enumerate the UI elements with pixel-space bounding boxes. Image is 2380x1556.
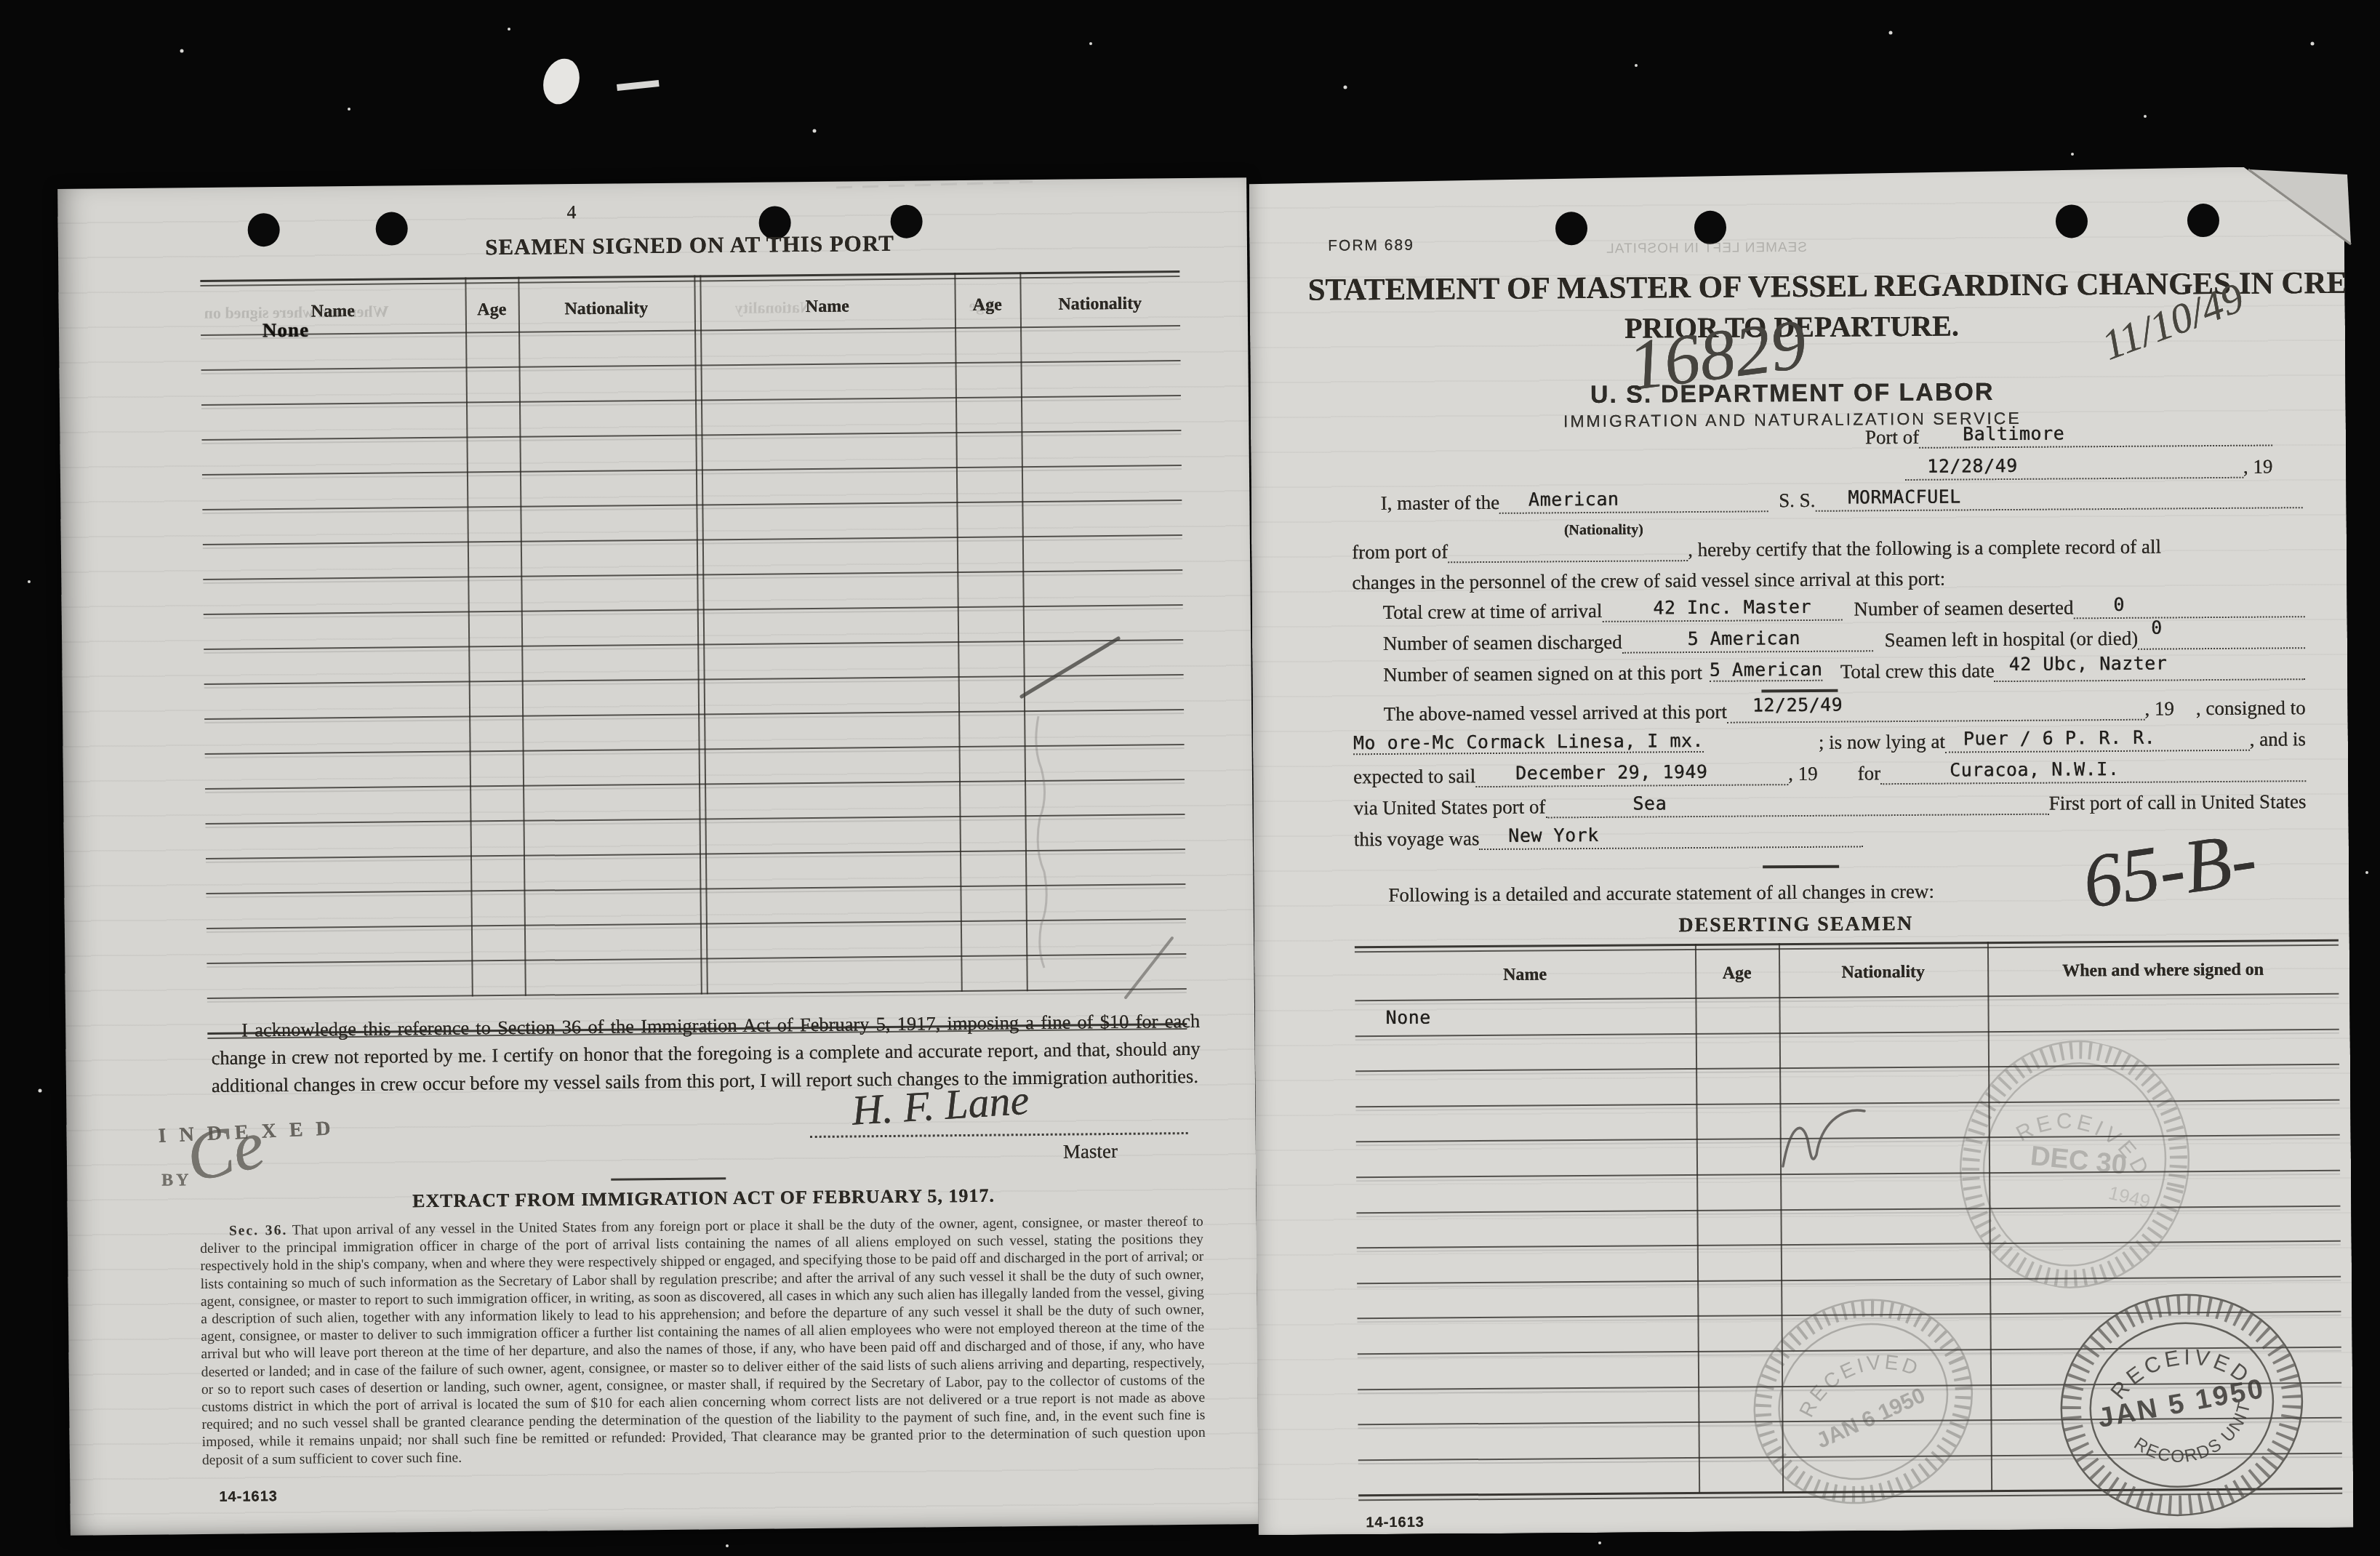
column-header: Name [201, 301, 465, 323]
nationality-value: American [1528, 489, 1619, 510]
right-page: FORM 689 SEAMEN LEFT IN HOSPITAL STATEME… [1249, 167, 2353, 1535]
arrived-suffix: , 19 [2144, 697, 2174, 720]
consignee-value: Mo ore-Mc Cormack Linesa, I mx. [1353, 730, 1704, 755]
table-row-line [1355, 1028, 2339, 1036]
table-row-line [205, 744, 1185, 755]
table-rule [200, 270, 1179, 286]
via-label: via United States port of [1353, 795, 1545, 819]
hole-punch [2187, 204, 2219, 237]
via-blank: Sea [1545, 792, 2048, 819]
column-header: Name [700, 296, 955, 318]
nationality-blank: American [1499, 489, 1768, 514]
scanned-document: 4 SEAMEN SIGNED ON AT THIS PORT When and… [0, 0, 2380, 1556]
extract-body-text: That upon arrival of any vessel in the U… [200, 1214, 1206, 1468]
port-label: Port of [1865, 426, 1919, 449]
table-row-line [203, 534, 1182, 545]
column-header: Nationality [1020, 294, 1180, 315]
table-row-line [207, 918, 1186, 929]
changes-text: changes in the personnel of the crew of … [1352, 568, 1945, 595]
table-row-line [201, 360, 1181, 371]
voyage-value: New York [1508, 825, 1599, 846]
signed-on-value: 5 American [1710, 659, 1823, 682]
destination-blank: Curacoa, N.W.I. [1880, 758, 2306, 785]
none-entry: None [263, 319, 309, 342]
port-value: Baltimore [1963, 422, 2064, 444]
table-row-line [204, 604, 1183, 615]
master-line: I, master of the American S. S. MORMACFU… [1381, 485, 2303, 515]
table-rule [518, 277, 526, 996]
divider [1761, 689, 1838, 693]
hole-punch [1694, 211, 1726, 244]
column-header: Nationality [1779, 962, 1987, 983]
hospital-blank: 0 [2138, 625, 2305, 650]
column-header: Age [955, 295, 1020, 316]
date-blank: 12/28/49 [1905, 455, 2243, 481]
signed-on-line: Number of seamen signed on at this port … [1383, 657, 2305, 686]
for-label: for [1818, 762, 1881, 785]
from-port-blank [1448, 538, 1688, 563]
table-row-line [206, 883, 1185, 894]
received-jan5-stamp: RECEIVED JAN 5 1950 RECORDS UNIT [2027, 1259, 2336, 1551]
certify-line: from port of , hereby certify that the f… [1352, 534, 2304, 564]
column-header: Age [465, 300, 518, 321]
table-row-line [204, 674, 1184, 685]
signed-on-label: Number of seamen signed on at this port [1383, 662, 1702, 686]
table-row-line [203, 569, 1182, 580]
voyage-blank: New York [1479, 824, 1863, 850]
date-suffix: , 19 [2243, 455, 2273, 478]
column-header: Nationality [518, 298, 694, 319]
vessel-value: MORMACFUEL [1848, 486, 1961, 508]
deserting-title: DESERTING SEAMEN [1313, 910, 2280, 939]
arrived-line: The above-named vessel arrived at this p… [1384, 696, 2306, 726]
hole-punch [1555, 212, 1587, 245]
voyage-line: this voyage was New York [1354, 824, 1863, 851]
divider [611, 1177, 726, 1181]
ghost-text: SEAMEN LEFT IN HOSPITAL [1606, 240, 1807, 257]
hole-punch [2056, 204, 2088, 238]
form-number-top: FORM 689 [1328, 237, 1414, 255]
table-row-line [202, 465, 1182, 476]
none-entry: None [1385, 1007, 1430, 1028]
vessel-blank: MORMACFUEL [1815, 485, 2302, 512]
lying-blank: Puer / 6 P. R. R. [1945, 728, 2250, 753]
table-rule [1355, 939, 2339, 953]
arrived-value: 12/25/49 [1752, 694, 1843, 716]
master-label: I, master of the [1381, 492, 1500, 515]
first-port-label: First port of call in United States [2048, 790, 2306, 814]
handwritten-initials: Ce [179, 1104, 271, 1198]
table-row-line [204, 709, 1184, 720]
lying-value: Puer / 6 P. R. R. [1963, 727, 2156, 750]
section-label: Sec. 36. [200, 1223, 288, 1239]
column-header: Age [1695, 963, 1779, 984]
voyage-label: this voyage was [1354, 827, 1480, 851]
paper-scrap [537, 54, 585, 109]
hospital-value: 0 [2151, 617, 2163, 638]
sail-line: expected to sail December 29, 1949 , 19 … [1353, 758, 2306, 788]
discharged-line: Number of seamen discharged 5 American S… [1383, 625, 2305, 655]
total-crew-blank: 42 Inc. Master [1602, 598, 1842, 622]
table-row-line [204, 639, 1183, 650]
certify-text: , hereby certify that the following is a… [1688, 536, 2161, 562]
sail-value: December 29, 1949 [1515, 761, 1708, 784]
deserted-blank: 0 [2073, 594, 2304, 619]
table-row-line [206, 849, 1185, 859]
lying-suffix: , and is [2250, 728, 2306, 751]
form-number: 14-1613 [219, 1488, 278, 1506]
paper-scrap [617, 80, 660, 91]
table-row-line [207, 953, 1186, 964]
following-text: Following is a detailed and accurate sta… [1388, 881, 1934, 907]
form-title-line1: STATEMENT OF MASTER OF VESSEL REGARDING … [1307, 265, 2275, 308]
page-title: SEAMEN SIGNED ON AT THIS PORT [200, 228, 1179, 263]
via-value: Sea [1632, 793, 1667, 814]
via-line: via United States port of Sea First port… [1353, 790, 2306, 819]
total-date-blank: 42 Ubc, Nazter [1995, 657, 2306, 682]
table-row-line [205, 779, 1185, 790]
table-row-line [206, 814, 1185, 825]
discharged-blank: 5 American [1622, 628, 1873, 653]
hospital-label: Seamen left in hospital (or died) [1873, 627, 2139, 652]
divider [1763, 865, 1839, 869]
arrived-blank: 12/25/49 [1727, 697, 2145, 723]
table-row-line [202, 500, 1182, 510]
table-row-line [201, 430, 1181, 441]
destination-value: Curacoa, N.W.I. [1950, 758, 2119, 781]
sail-label: expected to sail [1353, 765, 1475, 788]
department-heading: U. S. DEPARTMENT OF LABOR [1308, 376, 2275, 411]
date-value: 12/28/49 [1927, 455, 2018, 477]
deserted-label: Number of seamen deserted [1842, 596, 2073, 620]
column-header: Name [1355, 964, 1695, 986]
page-number: 4 [566, 201, 576, 223]
extract-title: EXTRACT FROM IMMIGRATION ACT OF FEBRUARY… [209, 1183, 1198, 1214]
form-number: 14-1613 [1366, 1515, 1425, 1532]
total-date-label: Total crew this date [1840, 659, 1995, 683]
discharged-label: Number of seamen discharged [1383, 631, 1622, 655]
consignee-line: Mo ore-Mc Cormack Linesa, I mx. ; is now… [1353, 727, 2306, 757]
port-line: Port of Baltimore [1865, 422, 2272, 449]
table-rule [954, 273, 962, 992]
consigned-suffix: , consigned to [2174, 697, 2306, 720]
acknowledgment-paragraph: I acknowledge this reference to Section … [211, 1007, 1201, 1099]
by-stamp: BY [161, 1171, 192, 1190]
table-row-line [201, 395, 1181, 406]
column-header: When and where signed on [1987, 960, 2339, 982]
total-crew-value: 42 Inc. Master [1653, 596, 1811, 619]
from-port-label: from port of [1352, 540, 1448, 564]
total-date-value: 42 Ubc, Nazter [2009, 652, 2168, 675]
deserted-value: 0 [2113, 594, 2125, 615]
table-row-line [1357, 1240, 2341, 1248]
signed-on-blank: 5 American [1702, 662, 1840, 684]
port-blank: Baltimore [1919, 422, 2272, 448]
left-page: 4 SEAMEN SIGNED ON AT THIS PORT When and… [57, 177, 1259, 1536]
ss-label: S. S. [1768, 489, 1816, 512]
lying-label: ; is now lying at [1819, 731, 1945, 754]
table-rule [1355, 993, 2339, 1001]
total-crew-line: Total crew at time of arrival 42 Inc. Ma… [1383, 594, 2305, 624]
signature-role: Master [1063, 1140, 1118, 1163]
handwritten-code: 65-B- [2078, 814, 2262, 926]
seamen-signed-on-table: Name Age Nationality Name Age Nationalit… [200, 270, 1186, 999]
extract-paragraph: Sec. 36. That upon arrival of any vessel… [200, 1214, 1206, 1469]
table-rule [465, 277, 473, 996]
discharged-value: 5 American [1688, 627, 1801, 649]
arrived-label: The above-named vessel arrived at this p… [1384, 701, 1728, 726]
sail-suffix: , 19 [1788, 763, 1818, 785]
date-line: 12/28/49 , 19 [1905, 454, 2272, 481]
master-signature: H. F. Lane [850, 1075, 1030, 1135]
table-rule [1019, 272, 1027, 991]
svg-text:1949: 1949 [2107, 1182, 2152, 1213]
sail-blank: December 29, 1949 [1475, 762, 1788, 787]
table-rule [201, 325, 1180, 336]
nationality-caption: (Nationality) [1564, 522, 1643, 540]
total-crew-label: Total crew at time of arrival [1383, 600, 1603, 624]
consignee-blank: Mo ore-Mc Cormack Linesa, I mx. [1353, 732, 1819, 757]
table-row-line [207, 988, 1187, 999]
table-rule [1695, 944, 1700, 1493]
